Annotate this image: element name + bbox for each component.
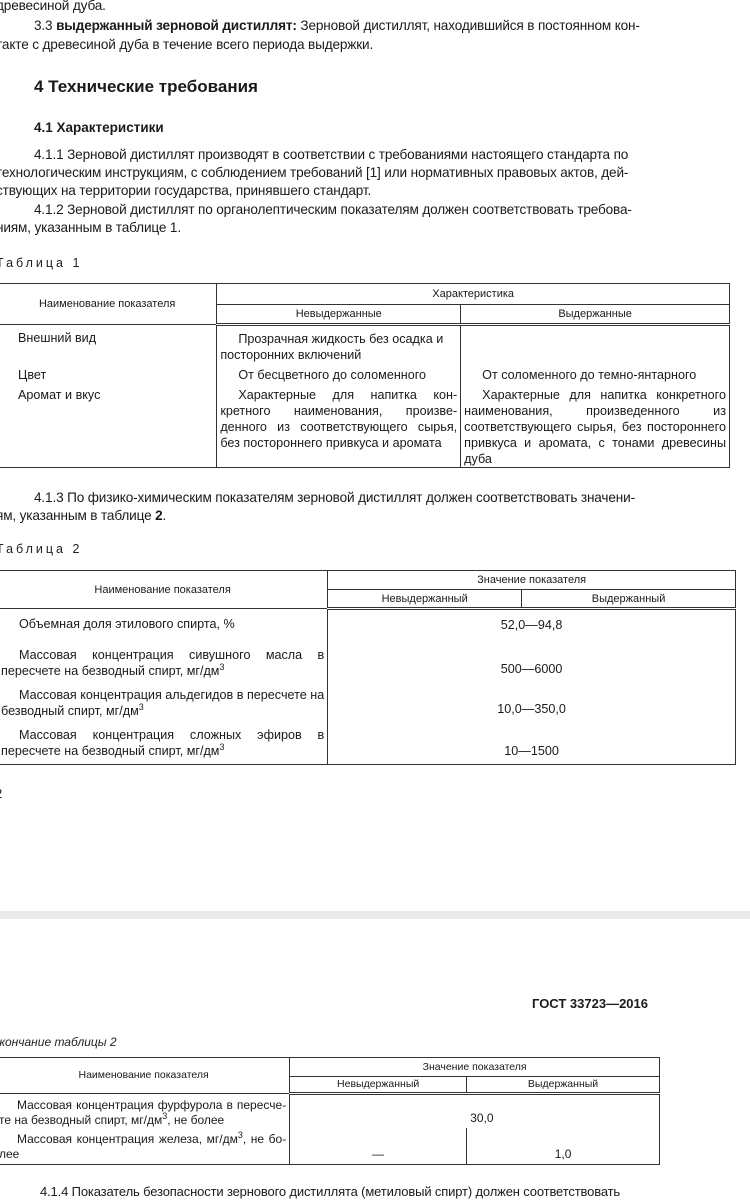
indicator-name: Массовая концентрация фурфурола в пересч… — [0, 1098, 286, 1127]
table-cell-name: Массовая концентрация сложных эфиров в п… — [0, 719, 328, 765]
table-1-header-unaged: Невыдержанные — [217, 305, 461, 325]
paragraph-number: 4.1.3 — [34, 490, 63, 505]
table-1-header-group: Характеристика — [217, 284, 730, 305]
paragraph-4-1-1-line3: ствующих на территории государства, прин… — [0, 182, 371, 200]
section-4-1-title: 4.1 Характеристики — [34, 120, 164, 135]
table-1: Наименование показателя Характеристика Н… — [0, 283, 730, 468]
table-cell-name: Внешний вид — [0, 325, 217, 364]
paragraph-text: По физико-химическим показателям зерново… — [63, 490, 634, 505]
table-cell-value: 10—1500 — [328, 719, 736, 765]
table-cell-aged: 1,0 — [467, 1128, 660, 1165]
indicator-name: Массовая концентрация железа, мг/дм — [17, 1132, 238, 1146]
table-1-header-name: Наименование показателя — [0, 284, 217, 325]
paragraph-number: 4.1.1 — [34, 147, 63, 162]
table-2c-header-group: Значение показателя — [290, 1058, 660, 1077]
indicator-name: Массовая концентрация сивушного масла в … — [1, 648, 324, 678]
table-cell-aged — [461, 325, 730, 364]
table-cell-unaged: Прозрачная жидкость без осадка и посторо… — [217, 325, 461, 364]
unit-superscript: 3 — [139, 701, 144, 711]
table-row: Массовая концентрация альдегидов в перес… — [0, 679, 736, 719]
table-2c-header-name: Наименование показателя — [0, 1058, 290, 1094]
table-cell-aged: От соломенного до темно-янтарного — [461, 363, 730, 383]
table-2-continuation: Наименование показателя Значение показат… — [0, 1057, 660, 1165]
table-cell-unaged: Характерные для напитка кон­кретного наи… — [217, 383, 461, 468]
table-2-header-unaged: Невыдержанный — [328, 590, 522, 609]
paragraph-4-1-2: 4.1.2 Зерновой дистиллят по органолептич… — [0, 201, 632, 219]
indicator-name-suffix: , не более — [167, 1113, 224, 1127]
table-2-header-group: Значение показателя — [328, 571, 736, 590]
table-row: Аромат и вкус Характерные для напитка ко… — [0, 383, 730, 468]
indicator-name: Объемная доля этилового спирта, % — [19, 617, 235, 631]
table-cell-name: Цвет — [0, 363, 217, 383]
definition-text: Зерновой дистиллят, находившийся в посто… — [297, 18, 640, 33]
table-cell-unaged: От бесцветного до соломенного — [217, 363, 461, 383]
table-2-continuation-caption: Окончание таблицы 2 — [0, 1035, 117, 1049]
paragraph-4-1-3-line2: ям, указанным в таблице 2. — [0, 507, 166, 525]
unit-superscript: 3 — [219, 741, 224, 751]
definition-3-3: 3.3 выдержанный зерновой дистиллят: Зерн… — [0, 17, 640, 35]
page-number: 2 — [0, 786, 2, 801]
table-cell-name: Массовая концентрация альдегидов в перес… — [0, 679, 328, 719]
table-cell-name: Массовая концентрация железа, мг/дм3, не… — [0, 1128, 290, 1165]
paragraph-text: Зерновой дистиллят по органолептическим … — [63, 202, 631, 217]
table-reference: 2 — [155, 508, 162, 523]
definition-term: выдержанный зерновой дистиллят: — [56, 18, 297, 33]
paragraph-text: Показатель безопасности зернового дистил… — [68, 1184, 620, 1199]
table-row: Массовая концентрация сложных эфиров в п… — [0, 719, 736, 765]
table-cell-value: 52,0—94,8 — [328, 609, 736, 639]
table-row: Внешний вид Прозрачная жидкость без осад… — [0, 325, 730, 364]
table-cell-name: Массовая концентрация фурфурола в пересч… — [0, 1094, 290, 1129]
standard-header: ГОСТ 33723—2016 — [532, 996, 648, 1011]
table-2: Наименование показателя Значение показат… — [0, 570, 736, 765]
paragraph-text: ям, указанным в таблице — [0, 508, 155, 523]
table-1-header-aged: Выдержанные — [461, 305, 730, 325]
table-cell-name: Объемная доля этилового спирта, % — [0, 609, 328, 639]
paragraph-text: . — [163, 508, 167, 523]
paragraph-4-1-1: 4.1.1 Зерновой дистиллят производят в со… — [0, 146, 628, 164]
paragraph-4-1-3: 4.1.3 По физико-химическим показателям з… — [0, 489, 635, 507]
paragraph-number: 4.1.2 — [34, 202, 63, 217]
paragraph-4-1-1-line2: технологическим инструкциям, с соблюдени… — [0, 164, 628, 182]
indicator-name: Массовая концентрация альдегидов в перес… — [1, 688, 324, 718]
definition-3-3-cont: такте с древесиной дуба в течение всего … — [0, 36, 373, 54]
table-row: Массовая концентрация сивушного масла в … — [0, 639, 736, 679]
table-2-header-name: Наименование показателя — [0, 571, 328, 609]
table-2-caption: Таблица 2 — [0, 542, 82, 556]
unit-superscript: 3 — [219, 661, 224, 671]
paragraph-4-1-2-line2: ниям, указанным в таблице 1. — [0, 219, 181, 237]
section-4-title: 4 Технические требования — [34, 77, 258, 97]
indicator-name: Массовая концентрация сложных эфиров в п… — [1, 728, 324, 758]
table-cell-name: Аромат и вкус — [0, 383, 217, 468]
table-cell-value: 30,0 — [290, 1094, 660, 1129]
definition-number: 3.3 — [34, 18, 52, 33]
table-cell-name: Массовая концентрация сивушного масла в … — [0, 639, 328, 679]
table-cell-value: 10,0—350,0 — [328, 679, 736, 719]
table-row: Объемная доля этилового спирта, % 52,0—9… — [0, 609, 736, 639]
table-row: Массовая концентрация железа, мг/дм3, не… — [0, 1128, 660, 1165]
prev-paragraph-tail: древесиной дуба. — [0, 0, 106, 15]
paragraph-text: Зерновой дистиллят производят в соответс… — [63, 147, 628, 162]
table-1-caption: Таблица 1 — [0, 256, 82, 270]
table-2c-header-unaged: Невыдержанный — [290, 1077, 467, 1094]
paragraph-4-1-4: 4.1.4 Показатель безопасности зернового … — [40, 1183, 620, 1200]
table-row: Цвет От бесцветного до соломенного От со… — [0, 363, 730, 383]
table-2c-header-aged: Выдержанный — [467, 1077, 660, 1094]
table-row: Массовая концентрация фурфурола в пересч… — [0, 1094, 660, 1129]
table-cell-value: 500—6000 — [328, 639, 736, 679]
table-2-header-aged: Выдержанный — [522, 590, 736, 609]
page-separator — [0, 911, 750, 919]
table-cell-aged: Характерные для напитка конкрет­ного наи… — [461, 383, 730, 468]
paragraph-number: 4.1.4 — [40, 1184, 68, 1199]
table-cell-unaged: — — [290, 1128, 467, 1165]
